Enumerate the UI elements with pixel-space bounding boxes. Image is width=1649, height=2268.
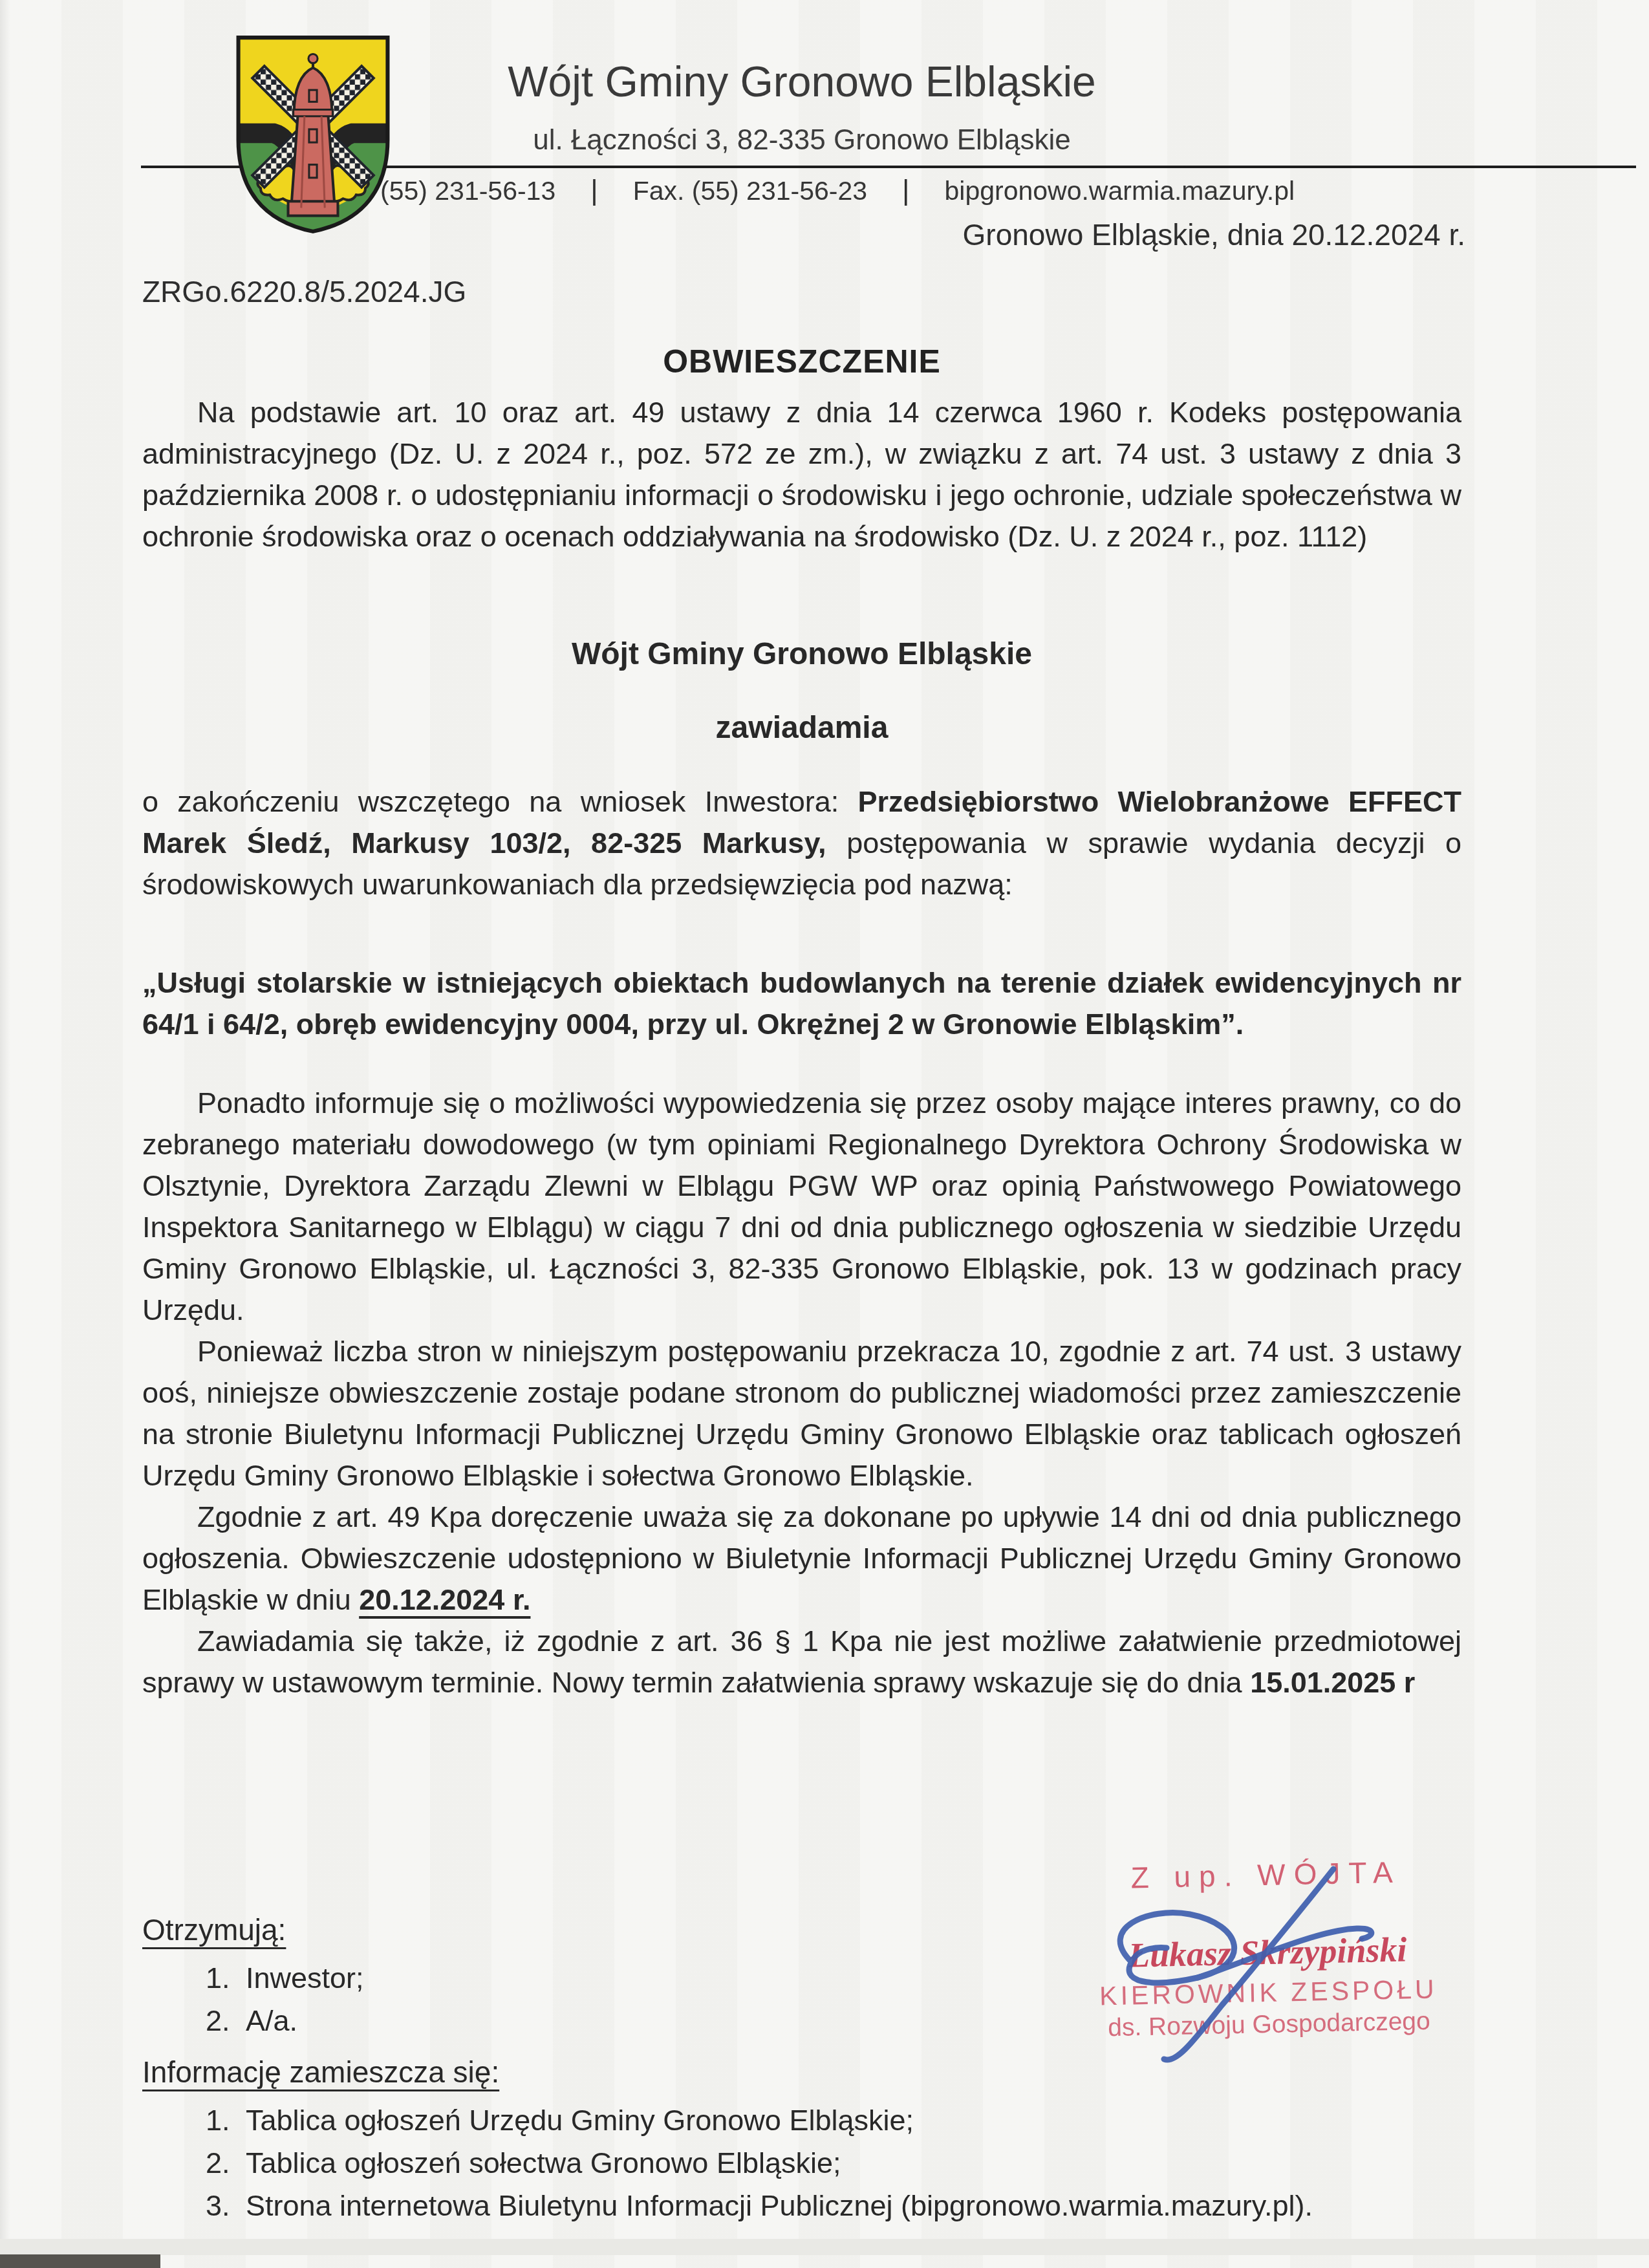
phone-number: (55) 231-56-13	[380, 176, 555, 206]
scan-artifact-band	[0, 2239, 1649, 2255]
paragraph-project-name: „Usługi stolarskie w istniejących obiekt…	[142, 962, 1461, 1045]
website-text: bipgronowo.warmia.mazury.pl	[944, 176, 1295, 206]
divider-bar: |	[902, 175, 909, 207]
place-and-date-line: Gronowo Elbląskie, dnia 20.12.2024 r.	[963, 217, 1465, 252]
paragraph-public-notice: Ponieważ liczba stron w niniejszym postę…	[142, 1331, 1461, 1496]
case-reference-number: ZRGo.6220.8/5.2024.JG	[142, 274, 466, 309]
fax-number: Fax. (55) 231-56-23	[633, 176, 867, 206]
list-item: Strona internetowa Biuletynu Informacji …	[238, 2185, 1371, 2227]
letterhead-org-name: Wójt Gminy Gronowo Elbląskie	[414, 57, 1190, 106]
subtitle-notifies: zawiadamia	[142, 707, 1461, 749]
divider-bar: |	[590, 175, 598, 207]
scanned-document-page: Wójt Gminy Gronowo Elbląskie ul. Łącznoś…	[0, 0, 1649, 2268]
list-item: Tablica ogłoszeń sołectwa Gronowo Elbląs…	[238, 2142, 1371, 2185]
paragraph-delivery-date: Zgodnie z art. 49 Kpa doręczenie uważa s…	[142, 1496, 1461, 1621]
list-item: Tablica ogłoszeń Urzędu Gminy Gronowo El…	[238, 2099, 1371, 2142]
handwritten-signature-icon	[1035, 1851, 1474, 2103]
document-body: Na podstawie art. 10 oraz art. 49 ustawy…	[142, 392, 1461, 1703]
paragraph-new-deadline: Zawiadamia się także, iż zgodnie z art. …	[142, 1621, 1461, 1703]
scan-artifact-bar	[0, 2254, 160, 2268]
paragraph-proceeding-conclusion: o zakończeniu wszczętego na wniosek Inwe…	[142, 781, 1461, 905]
letterhead-contacts: (55) 231-56-13 | Fax. (55) 231-56-23 | b…	[380, 175, 1295, 207]
document-title: OBWIESZCZENIE	[142, 343, 1461, 380]
paragraph-legal-basis: Na podstawie art. 10 oraz art. 49 ustawy…	[142, 392, 1461, 557]
windmill-oak-crest-icon	[230, 30, 396, 238]
subtitle-authority: Wójt Gminy Gronowo Elbląskie	[142, 634, 1461, 675]
publication-list: Tablica ogłoszeń Urzędu Gminy Gronowo El…	[142, 2099, 1371, 2227]
letterhead-address: ul. Łączności 3, 82-335 Gronowo Elbląski…	[414, 124, 1190, 157]
paragraph-right-to-comment: Ponadto informuje się o możliwości wypow…	[142, 1083, 1461, 1331]
